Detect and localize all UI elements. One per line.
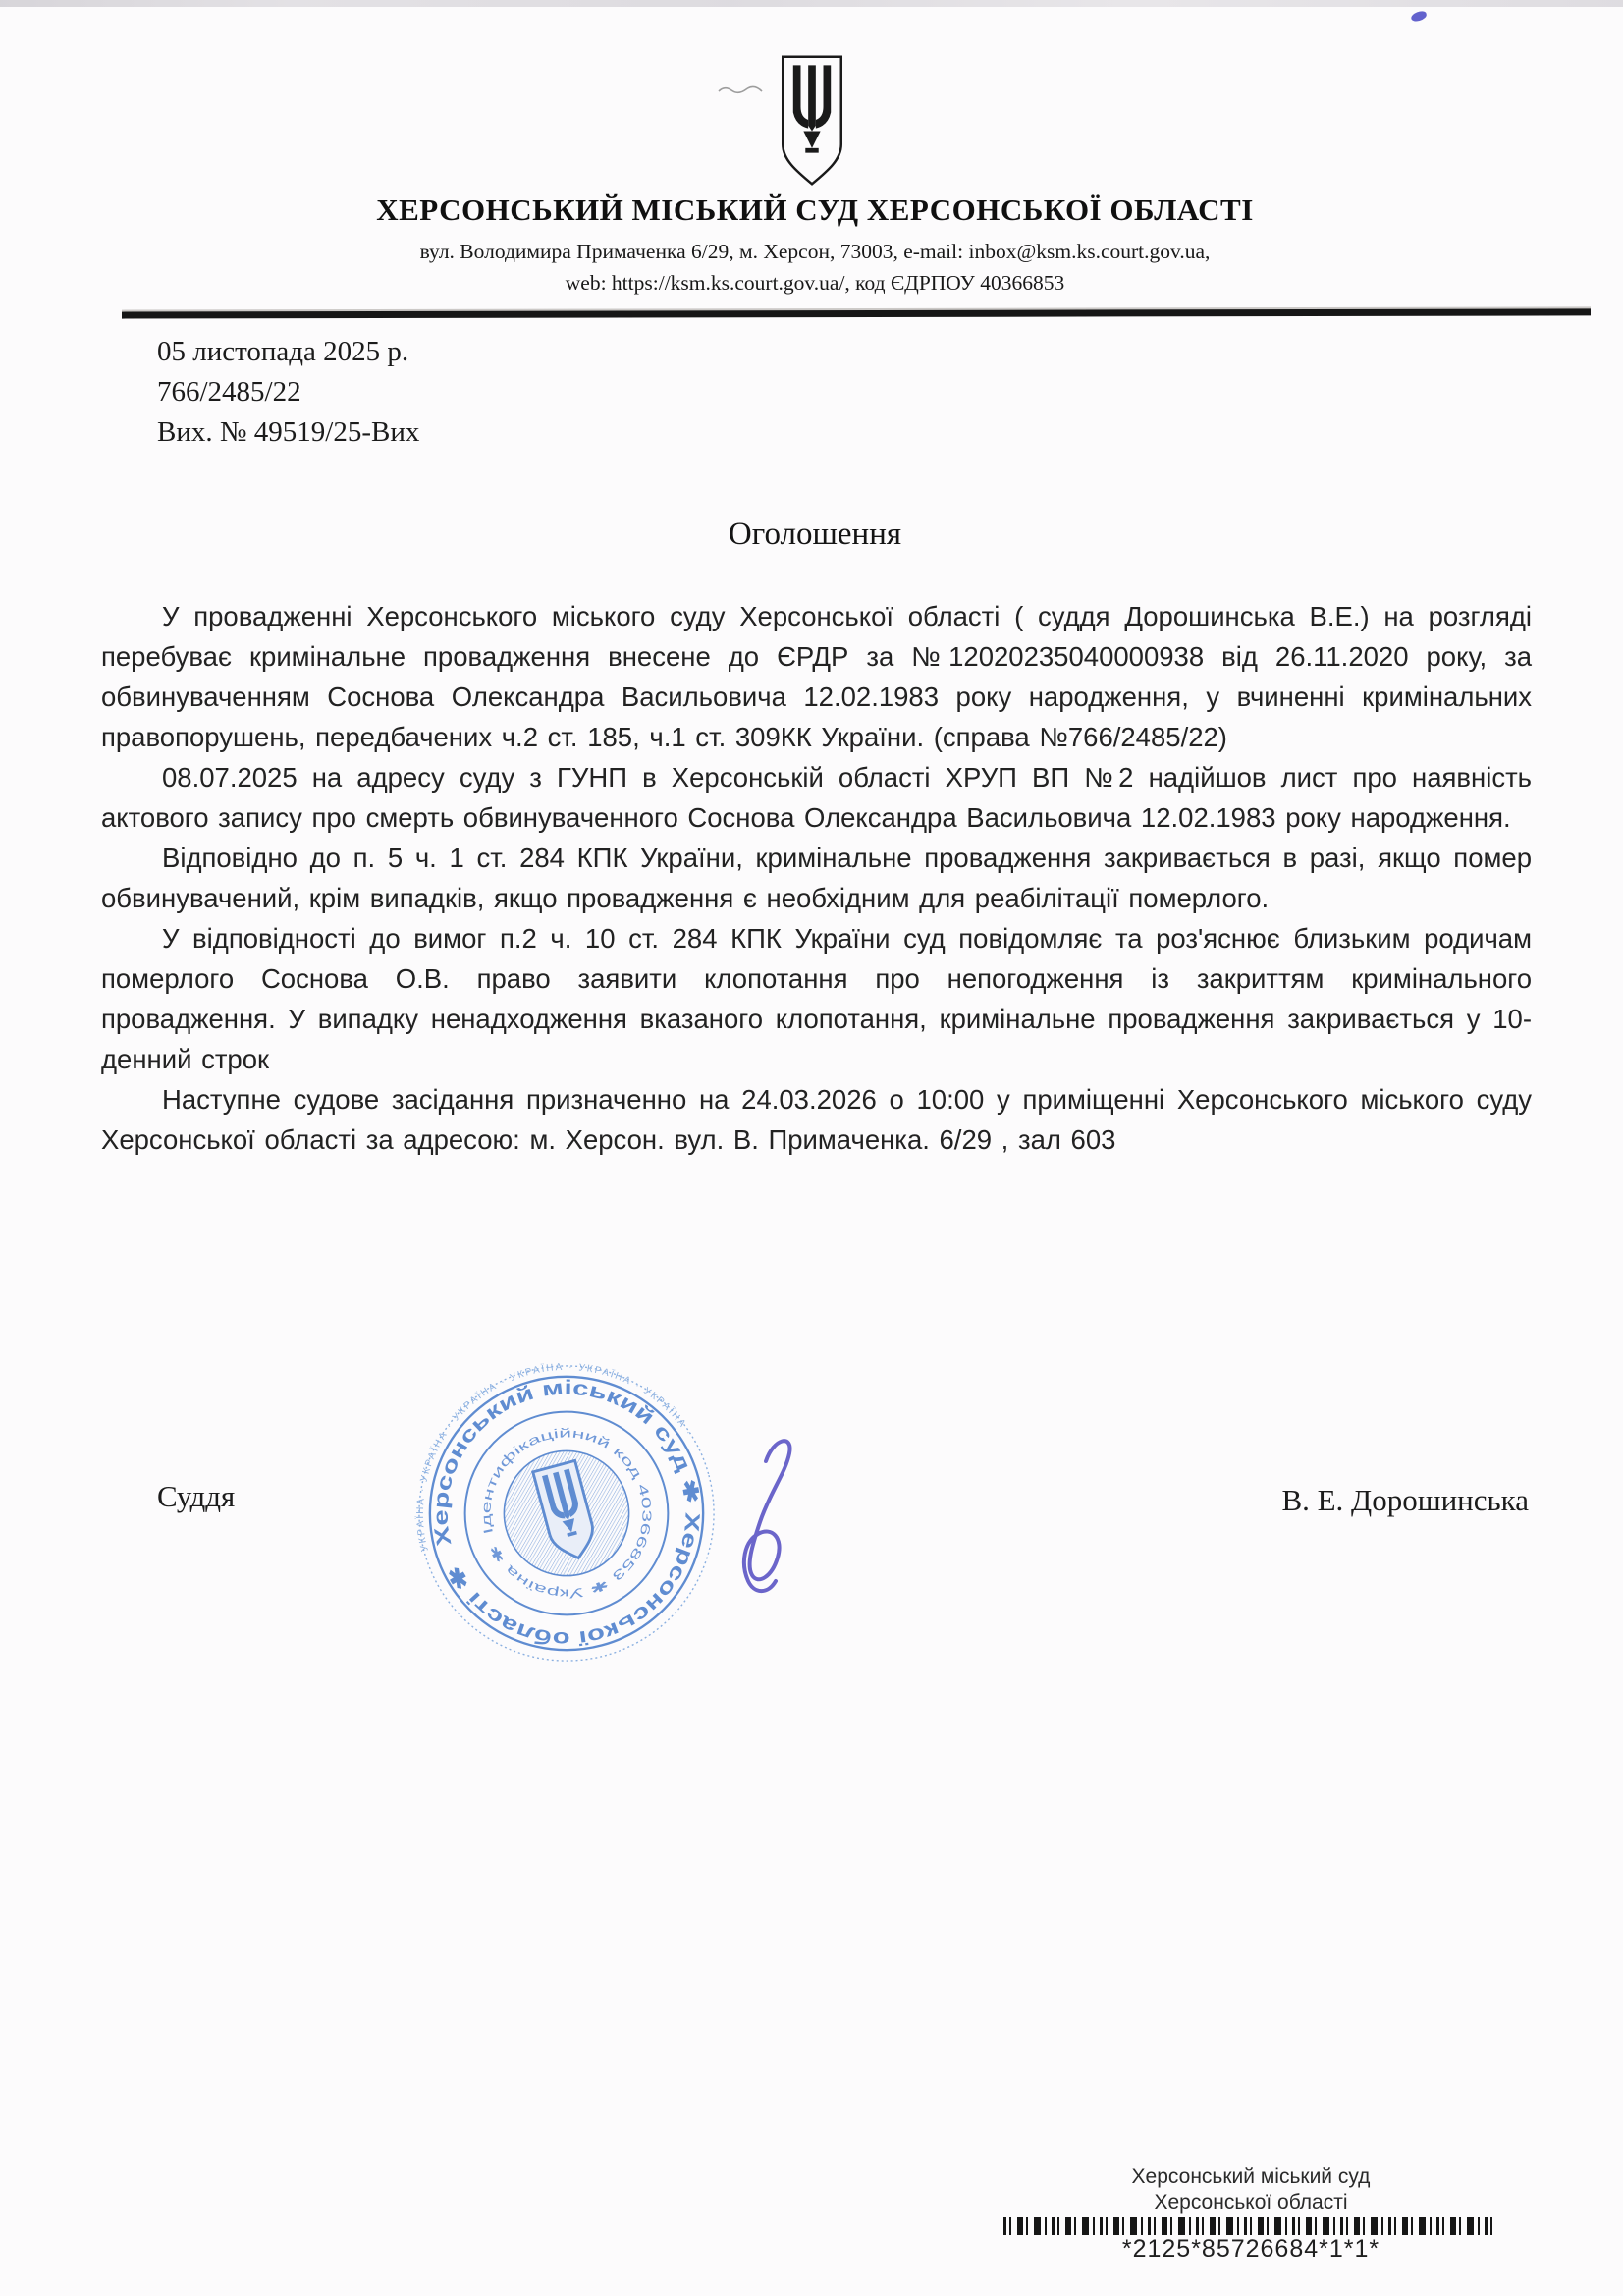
court-web-line: web: https://ksm.ks.court.gov.ua/, код Є… [0,271,1623,296]
body-paragraph: Наступне судове засідання призначенно на… [101,1079,1532,1160]
court-name: ХЕРСОНСЬКИЙ МІСЬКИЙ СУД ХЕРСОНСЬКОЇ ОБЛА… [0,192,1623,228]
court-address-line: вул. Володимира Примаченка 6/29, м. Херс… [0,240,1623,264]
judge-role-label: Суддя [157,1479,235,1514]
barcode-value: *2125*85726684*1*1* [1003,2235,1498,2264]
judge-signature [729,1432,807,1609]
court-stamp-seal: УКРАЇНА · УКРАЇНА · УКРАЇНА · УКРАЇНА · … [410,1357,723,1669]
document-title: Оголошення [0,517,1623,553]
body-paragraph: У провадженні Херсонського міського суду… [101,596,1532,757]
scan-edge-artifact [0,0,1623,7]
ink-spot-artifact [1410,10,1428,23]
footer-barcode-block: Херсонський міський суд Херсонської обла… [1003,2164,1498,2264]
body-paragraph: 08.07.2025 на адресу суду з ГУНП в Херсо… [101,757,1532,838]
outgoing-number: Вих. № 49519/25-Вих [157,412,419,453]
document-date: 05 листопада 2025 р. [157,332,419,372]
barcode [1003,2217,1494,2235]
pencil-mark-artifact [717,82,764,96]
judge-name: В. Е. Дорошинська [1281,1483,1529,1518]
document-body: У провадженні Херсонського міського суду… [101,596,1532,1160]
footer-court-line1: Херсонський міський суд [1003,2164,1498,2190]
letterhead-divider [122,308,1591,318]
footer-court-line2: Херсонської області [1003,2190,1498,2215]
body-paragraph: У відповідності до вимог п.2 ч. 10 ст. 2… [101,918,1532,1079]
document-meta: 05 листопада 2025 р. 766/2485/22 Вих. № … [157,332,419,453]
ukraine-trident-emblem-icon [765,51,859,191]
body-paragraph: Відповідно до п. 5 ч. 1 ст. 284 КПК Укра… [101,838,1532,918]
case-number: 766/2485/22 [157,372,419,412]
